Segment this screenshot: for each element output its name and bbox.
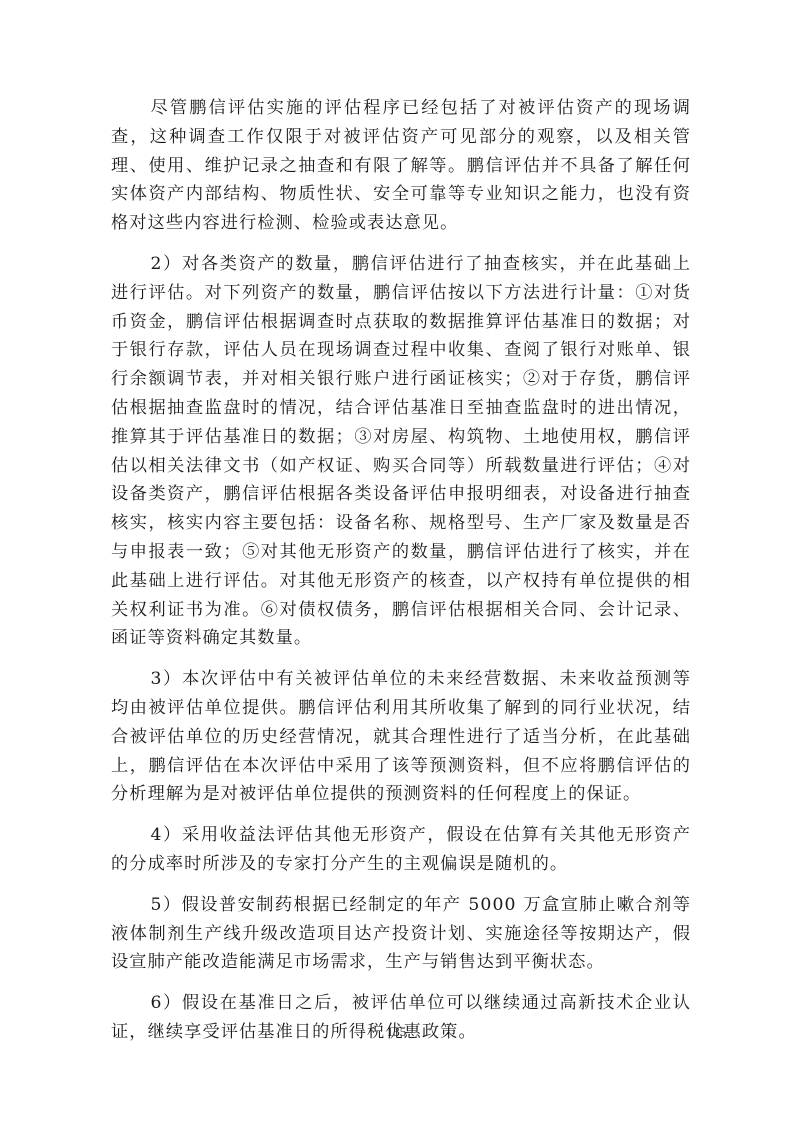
paragraph-asset-quantity-verification: 2）对各类资产的数量，鹏信评估进行了抽查核实，并在此基础上进行评估。对下列资产的… <box>111 250 691 653</box>
paragraph-production-capacity-assumption: 5）假设普安制药根据已经制定的年产 5000 万盒宣肺止嗽合剂等液体制剂生产线升… <box>111 891 691 977</box>
paragraph-forecast-data-source: 3）本次评估中有关被评估单位的未来经营数据、未来收益预测等均由被评估单位提供。鹏… <box>111 665 691 809</box>
paragraph-income-approach-assumption: 4）采用收益法评估其他无形资产，假设在估算有关其他无形资产的分成率时所涉及的专家… <box>111 821 691 879</box>
document-body: 尽管鹏信评估实施的评估程序已经包括了对被评估资产的现场调查，这种调查工作仅限于对… <box>111 94 691 1059</box>
paragraph-site-inspection-disclaimer: 尽管鹏信评估实施的评估程序已经包括了对被评估资产的现场调查，这种调查工作仅限于对… <box>111 94 691 238</box>
page-number: 135 <box>0 1024 793 1040</box>
